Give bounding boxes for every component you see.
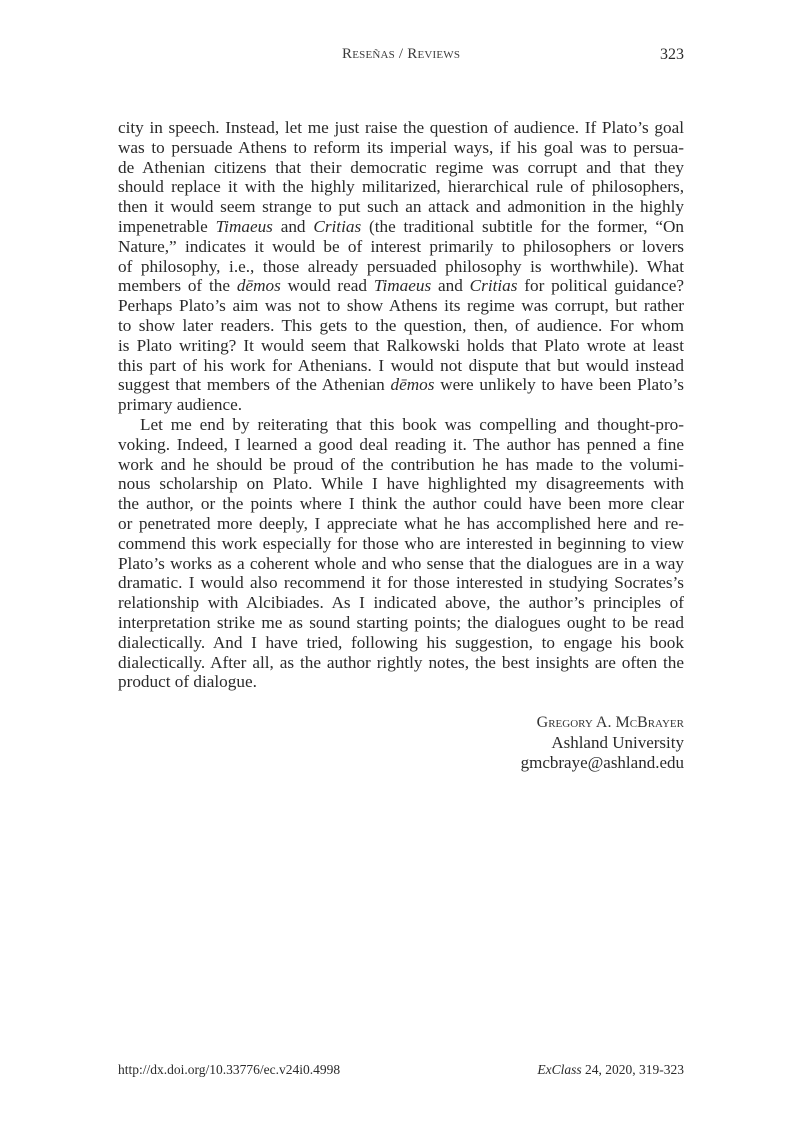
text-line: interpretation strike me as sound starti…: [118, 613, 684, 633]
text-line: suggest that members of the Athenian dēm…: [118, 375, 684, 395]
author-email[interactable]: gmcbraye@ashland.edu: [521, 753, 684, 773]
text-line: is Plato writing? It would seem that Ral…: [118, 336, 684, 356]
page-header: Reseñas / Reviews 323: [118, 46, 684, 66]
text-line: work and he should be proud of the contr…: [118, 455, 684, 475]
text-line: product of dialogue.: [118, 672, 684, 692]
italic-term: Critias: [313, 217, 361, 236]
text-line: Let me end by reiterating that this book…: [118, 415, 684, 435]
author-affiliation: Ashland University: [521, 733, 684, 753]
journal-citation: ExClass 24, 2020, 319-323: [537, 1062, 684, 1078]
text-line: relationship with Alcibiades. As I indic…: [118, 593, 684, 613]
text-line: Perhaps Plato’s aim was not to show Athe…: [118, 296, 684, 316]
text-line: was to persuade Athens to reform its imp…: [118, 138, 684, 158]
text-line: de Athenian citizens that their democrat…: [118, 158, 684, 178]
text-line: should replace it with the highly milita…: [118, 177, 684, 197]
text-line: impenetrable Timaeus and Critias (the tr…: [118, 217, 684, 237]
paragraph-conclusion: Let me end by reiterating that this book…: [118, 415, 684, 692]
text-line: the author, or the points where I think …: [118, 494, 684, 514]
text-line: dialectically. And I have tried, followi…: [118, 633, 684, 653]
text-line: dialectically. After all, as the author …: [118, 653, 684, 673]
italic-term: dēmos: [237, 276, 281, 295]
text-line: Nature,” indicates it would be of intere…: [118, 237, 684, 257]
text-line: to show later readers. This gets to the …: [118, 316, 684, 336]
page-number: 323: [660, 46, 684, 64]
signature-block: Gregory A. McBrayer Ashland University g…: [521, 713, 684, 773]
italic-term: dēmos: [391, 375, 435, 394]
italic-term: Timaeus: [374, 276, 431, 295]
text-line: city in speech. Instead, let me just rai…: [118, 118, 684, 138]
text-line: Plato’s works as a coherent whole and wh…: [118, 554, 684, 574]
text-line: voking. Indeed, I learned a good deal re…: [118, 435, 684, 455]
text-line: or penetrated more deeply, I appreciate …: [118, 514, 684, 534]
running-head: Reseñas / Reviews: [342, 46, 460, 63]
author-name: Gregory A. McBrayer: [521, 713, 684, 733]
doi-link[interactable]: http://dx.doi.org/10.33776/ec.v24i0.4998: [118, 1062, 340, 1078]
text-line: then it would seem strange to put such a…: [118, 197, 684, 217]
text-line: of philosophy, i.e., those already persu…: [118, 257, 684, 277]
paragraph-audience: city in speech. Instead, let me just rai…: [118, 118, 684, 415]
text-line: this part of his work for Athenians. I w…: [118, 356, 684, 376]
text-line: members of the dēmos would read Timaeus …: [118, 276, 684, 296]
journal-title: ExClass: [537, 1062, 581, 1077]
text-line: nous scholarship on Plato. While I have …: [118, 474, 684, 494]
text-line: dramatic. I would also recommend it for …: [118, 573, 684, 593]
review-body: city in speech. Instead, let me just rai…: [118, 118, 684, 692]
text-line: primary audience.: [118, 395, 684, 415]
italic-term: Timaeus: [216, 217, 273, 236]
citation-details: 24, 2020, 319-323: [582, 1062, 684, 1077]
italic-term: Critias: [470, 276, 518, 295]
text-line: commend this work especially for those w…: [118, 534, 684, 554]
